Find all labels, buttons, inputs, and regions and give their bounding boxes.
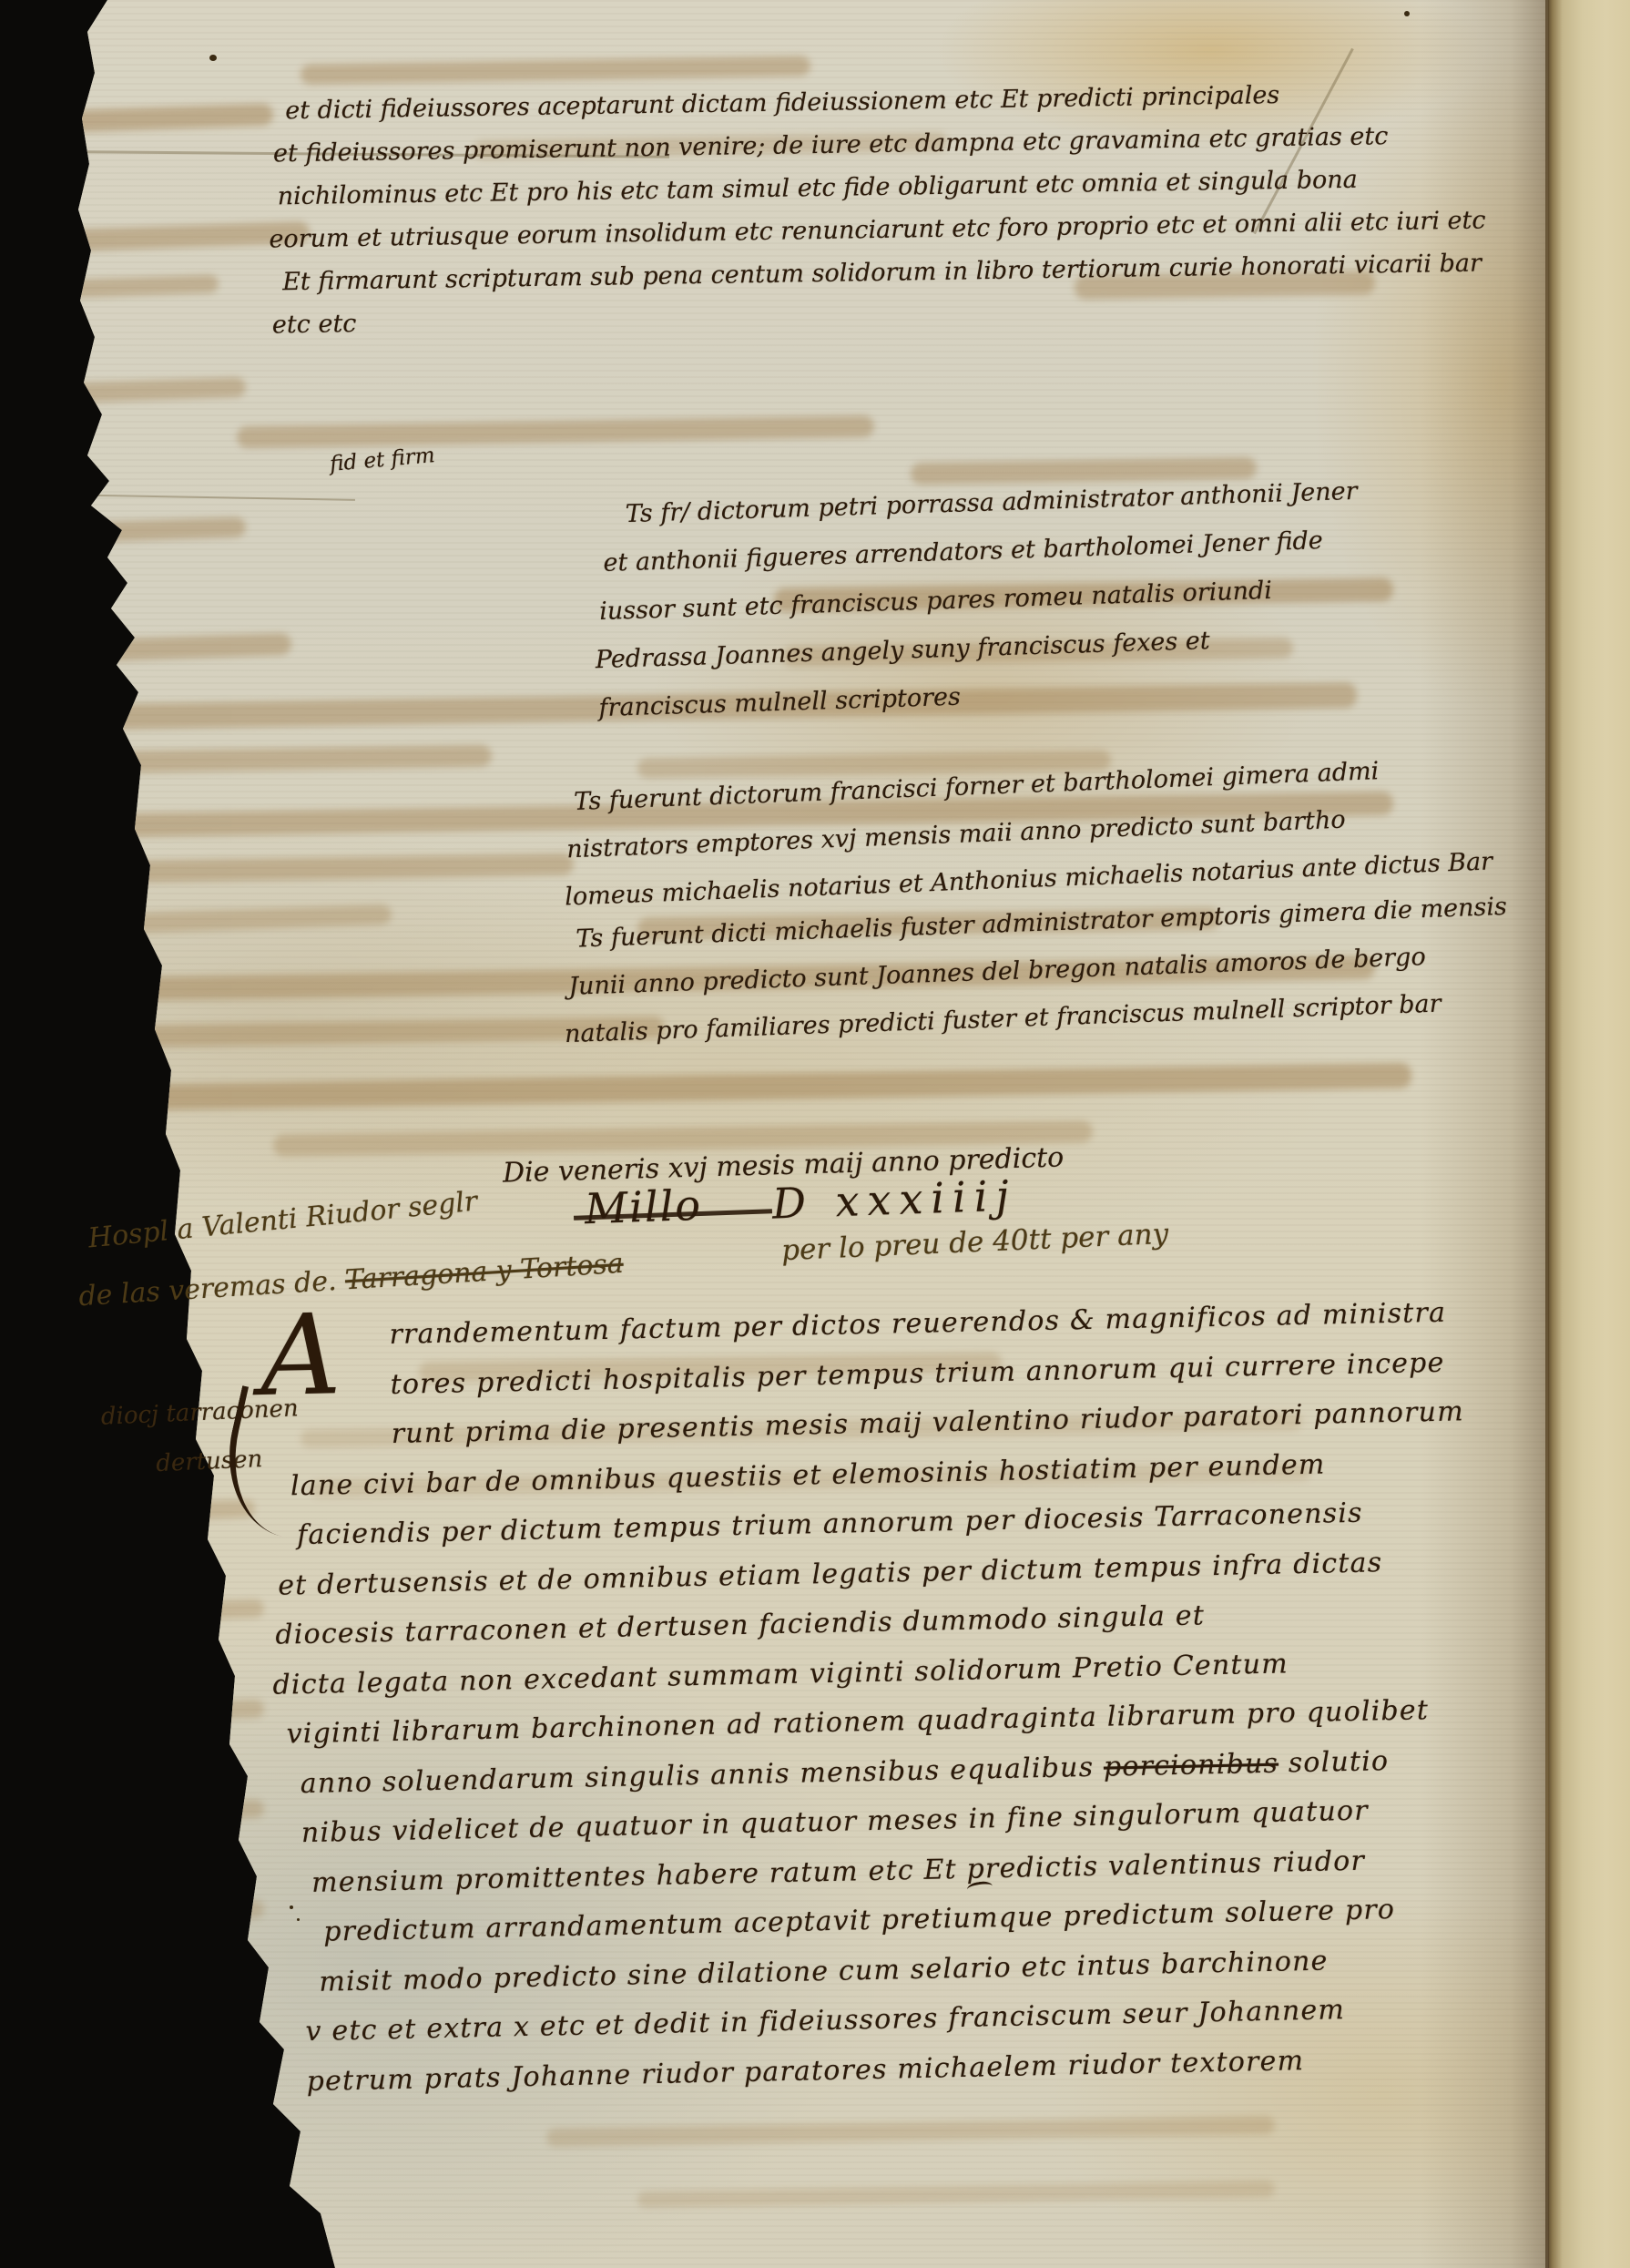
year-numeral: D xxxiiij — [771, 1170, 1017, 1228]
line-text: anno soluendarum singulis annis mensibus… — [300, 1751, 1104, 1799]
facing-page-edge — [1548, 0, 1630, 2268]
ink-blot — [1404, 11, 1410, 16]
arrendamentum-paragraph: A rrandementum factum per dictos reueren… — [263, 1288, 1478, 2107]
struck-word: porcionibus — [1104, 1747, 1279, 1783]
bleedthrough-streak — [36, 1700, 265, 1726]
initial-letter-A: A — [260, 1299, 343, 1412]
line-text: solutio — [1279, 1745, 1390, 1780]
witness-block-1: Ts fr/ dictorum petri porrassa administr… — [590, 467, 1364, 732]
closing-clauses-paragraph: et dicti fideiussores aceptarunt dictam … — [267, 71, 1487, 347]
millesimo-word: Millo — [584, 1180, 703, 1233]
ink-blot — [209, 55, 217, 61]
book-fold — [1545, 0, 1549, 2268]
bleedthrough-streak — [27, 1799, 265, 1825]
bleedthrough-streak — [36, 1900, 265, 1926]
photograph-stage: et dicti fideiussores aceptarunt dictam … — [0, 0, 1630, 2268]
